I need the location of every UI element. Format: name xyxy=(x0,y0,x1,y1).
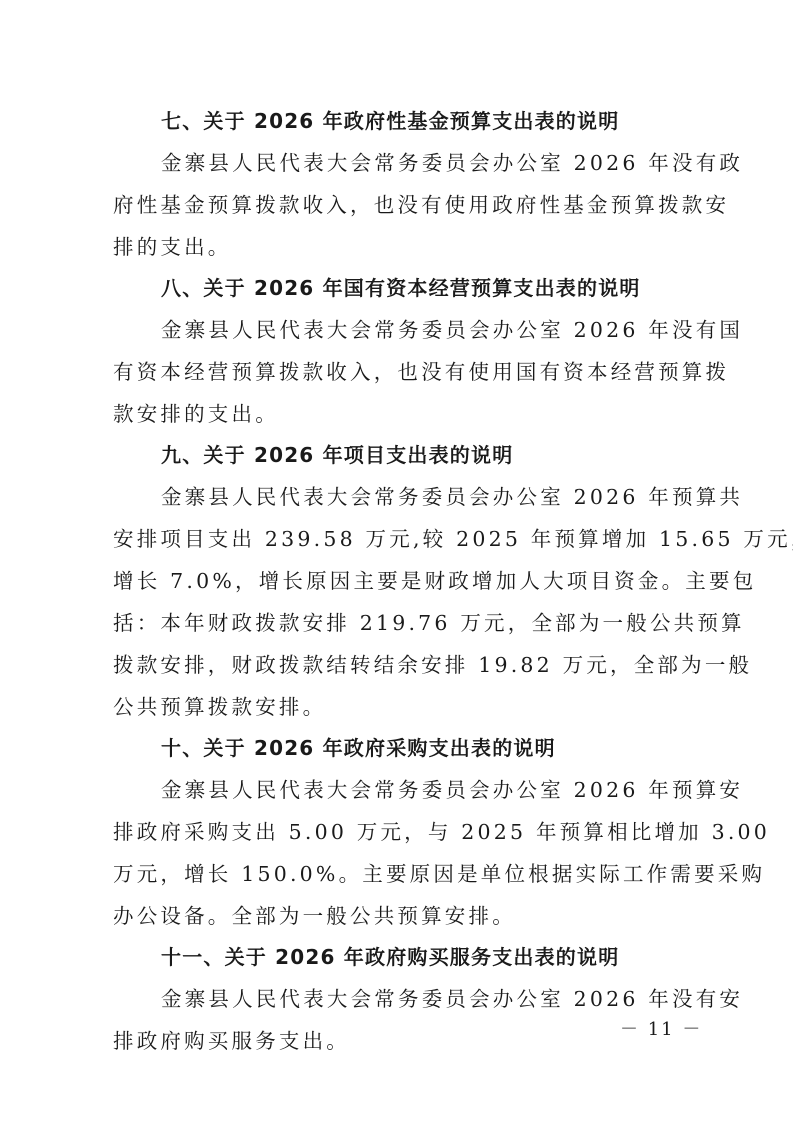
page-number: － 11 － xyxy=(620,1015,702,1041)
paragraph-line: 府性基金预算拨款收入，也没有使用政府性基金预算拨款安 xyxy=(113,190,673,220)
paragraph-line: 增长 7.0%，增长原因主要是财政增加人大项目资金。主要包 xyxy=(113,566,673,596)
paragraph-line: 拨款安排，财政拨款结转结余安排 19.82 万元，全部为一般 xyxy=(113,650,673,680)
section-heading: 八、关于 2026 年国有资本经营预算支出表的说明 xyxy=(161,273,721,303)
paragraph-line: 安排项目支出 239.58 万元,较 2025 年预算增加 15.65 万元， xyxy=(113,524,673,554)
document-page: 七、关于 2026 年政府性基金预算支出表的说明 金寨县人民代表大会常务委员会办… xyxy=(0,0,793,1122)
paragraph-line: 万元，增长 150.0%。主要原因是单位根据实际工作需要采购 xyxy=(113,859,673,889)
paragraph-line: 括：本年财政拨款安排 219.76 万元，全部为一般公共预算 xyxy=(113,608,673,638)
section-heading: 七、关于 2026 年政府性基金预算支出表的说明 xyxy=(161,106,721,136)
paragraph-line: 金寨县人民代表大会常务委员会办公室 2026 年没有安 xyxy=(161,984,721,1014)
paragraph-line: 有资本经营预算拨款收入，也没有使用国有资本经营预算拨 xyxy=(113,357,673,387)
paragraph-line: 公共预算拨款安排。 xyxy=(113,692,673,722)
section-heading: 九、关于 2026 年项目支出表的说明 xyxy=(161,440,721,470)
section-heading: 十、关于 2026 年政府采购支出表的说明 xyxy=(161,733,721,763)
section-heading: 十一、关于 2026 年政府购买服务支出表的说明 xyxy=(161,942,721,972)
paragraph-line: 款安排的支出。 xyxy=(113,399,673,429)
paragraph-line: 办公设备。全部为一般公共预算安排。 xyxy=(113,901,673,931)
paragraph-line: 排政府购买服务支出。 xyxy=(113,1026,673,1056)
paragraph-line: 排政府采购支出 5.00 万元，与 2025 年预算相比增加 3.00 xyxy=(113,817,673,847)
paragraph-line: 金寨县人民代表大会常务委员会办公室 2026 年预算安 xyxy=(161,775,721,805)
paragraph-line: 金寨县人民代表大会常务委员会办公室 2026 年没有政 xyxy=(161,148,721,178)
paragraph-line: 排的支出。 xyxy=(113,232,673,262)
paragraph-line: 金寨县人民代表大会常务委员会办公室 2026 年没有国 xyxy=(161,315,721,345)
paragraph-line: 金寨县人民代表大会常务委员会办公室 2026 年预算共 xyxy=(161,482,721,512)
